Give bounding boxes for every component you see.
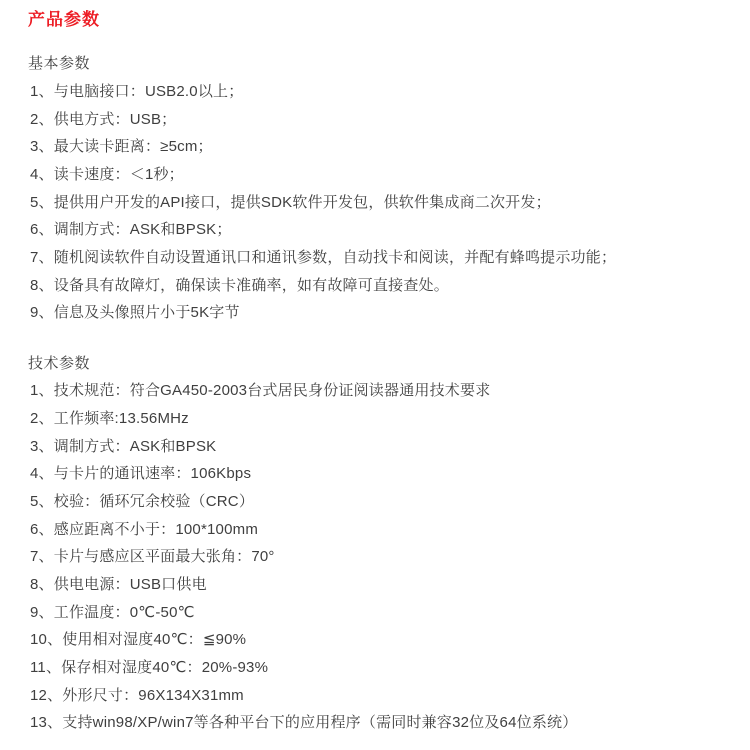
spec-item: 1、技术规范：符合GA450-2003台式居民身份证阅读器通用技术要求 (30, 376, 730, 404)
spec-item: 4、读卡速度：＜1秒； (30, 160, 730, 188)
spec-item: 12、外形尺寸：96X134X31mm (30, 680, 730, 708)
spec-item: 9、工作温度：0℃-50℃ (30, 597, 730, 625)
spec-item: 1、与电脑接口：USB2.0以上； (30, 77, 730, 105)
spec-item: 8、设备具有故障灯，确保读卡准确率，如有故障可直接查处。 (30, 270, 730, 298)
spec-item: 10、使用相对湿度40℃：≦90% (30, 625, 730, 653)
page-title: 产品参数 (28, 6, 730, 34)
spec-item: 9、信息及头像照片小于5K字节 (30, 298, 730, 326)
spec-item: 8、供电电源：USB口供电 (30, 570, 730, 598)
spec-item: 3、调制方式：ASK和BPSK (30, 431, 730, 459)
spec-item: 2、供电方式：USB； (30, 104, 730, 132)
basic-parameters-heading: 基本参数 (28, 49, 730, 77)
technical-parameters-heading: 技术参数 (28, 349, 730, 377)
spec-item: 7、随机阅读软件自动设置通讯口和通讯参数，自动找卡和阅读，并配有蜂鸣提示功能； (30, 243, 730, 271)
spec-item: 3、最大读卡距离：≥5cm； (30, 132, 730, 160)
spec-item: 5、校验：循环冗余校验（CRC） (30, 487, 730, 515)
spec-item: 6、调制方式：ASK和BPSK； (30, 215, 730, 243)
spec-item: 5、提供用户开发的API接口，提供SDK软件开发包，供软件集成商二次开发； (30, 187, 730, 215)
technical-parameters-list: 1、技术规范：符合GA450-2003台式居民身份证阅读器通用技术要求 2、工作… (28, 376, 730, 736)
spec-item: 13、支持win98/XP/win7等各种平台下的应用程序（需同时兼容32位及6… (30, 708, 730, 736)
section-basic-parameters: 基本参数 1、与电脑接口：USB2.0以上； 2、供电方式：USB； 3、最大读… (28, 49, 730, 326)
section-technical-parameters: 技术参数 1、技术规范：符合GA450-2003台式居民身份证阅读器通用技术要求… (28, 349, 730, 736)
spec-item: 4、与卡片的通讯速率：106Kbps (30, 459, 730, 487)
spec-item: 6、感应距离不小于：100*100mm (30, 514, 730, 542)
product-parameters-document: 产品参数 基本参数 1、与电脑接口：USB2.0以上； 2、供电方式：USB； … (0, 0, 750, 736)
spec-item: 7、卡片与感应区平面最大张角：70° (30, 542, 730, 570)
spec-item: 11、保存相对湿度40℃：20%-93% (30, 653, 730, 681)
spec-item: 2、工作频率:13.56MHz (30, 404, 730, 432)
basic-parameters-list: 1、与电脑接口：USB2.0以上； 2、供电方式：USB； 3、最大读卡距离：≥… (28, 77, 730, 326)
